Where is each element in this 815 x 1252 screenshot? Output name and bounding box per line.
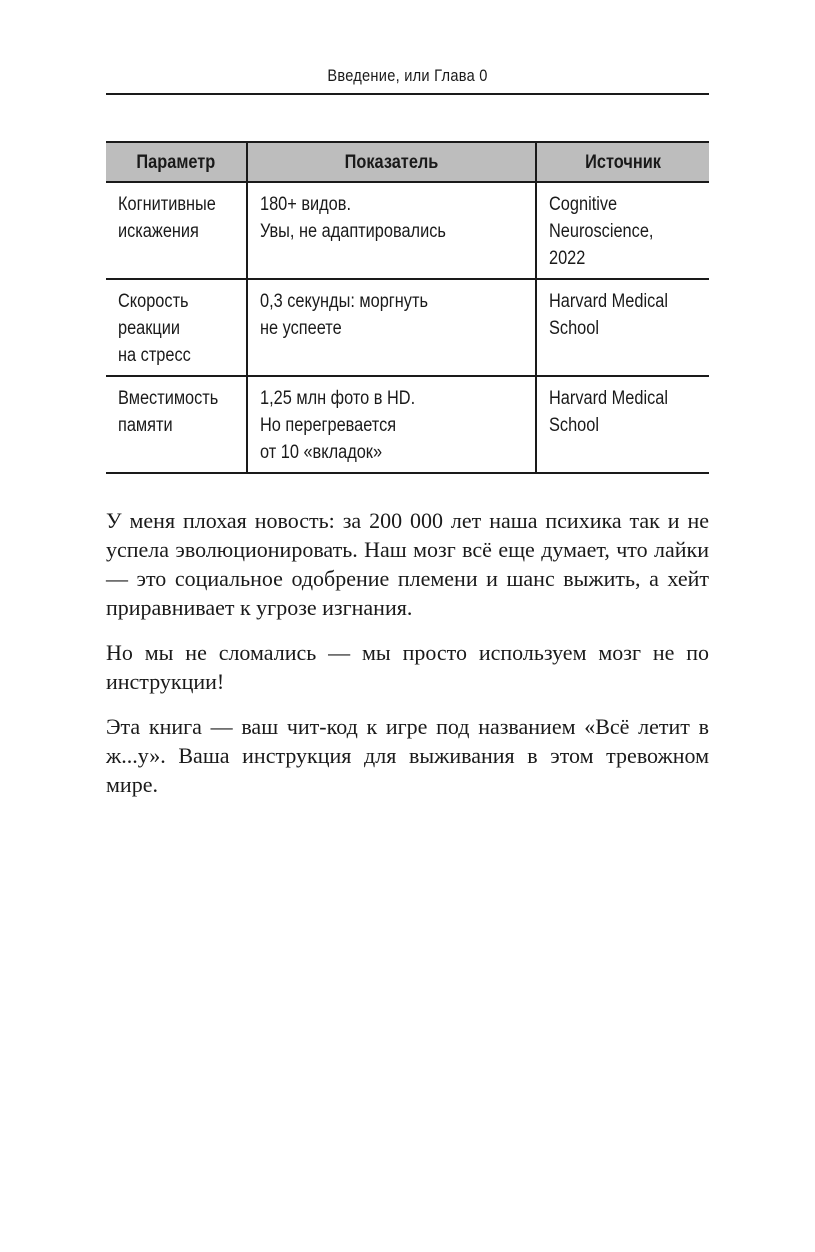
- cell-parameter: Скорость реакции на стресс: [106, 279, 247, 376]
- paragraph: Но мы не сломались — мы просто используе…: [106, 638, 709, 696]
- paragraph: Эта книга — ваш чит-код к игре под назва…: [106, 712, 709, 799]
- column-header-source: Источник: [536, 142, 709, 182]
- cell-text: Harvard Medical School: [549, 385, 668, 439]
- paragraph: У меня плохая новость: за 200 000 лет на…: [106, 506, 709, 622]
- header-rule: [106, 93, 709, 95]
- cell-source: Cognitive Neuroscience, 2022: [536, 182, 709, 279]
- column-header-label: Параметр: [137, 149, 216, 176]
- cell-value: 180+ видов. Увы, не адаптировались: [247, 182, 536, 279]
- cell-text: Когнитивные искажения: [118, 191, 216, 245]
- cell-text: 1,25 млн фото в HD. Но перегревается от …: [260, 385, 415, 466]
- cell-text: 0,3 секунды: моргнуть не успеете: [260, 288, 428, 342]
- cell-source: Harvard Medical School: [536, 279, 709, 376]
- table-header-row: Параметр Показатель Источник: [106, 142, 709, 182]
- column-header-label: Источник: [585, 149, 661, 176]
- column-header-parameter: Параметр: [106, 142, 247, 182]
- table-row: Скорость реакции на стресс 0,3 секунды: …: [106, 279, 709, 376]
- cell-parameter: Когнитивные искажения: [106, 182, 247, 279]
- cell-text: 180+ видов. Увы, не адаптировались: [260, 191, 446, 245]
- column-header-value: Показатель: [247, 142, 536, 182]
- facts-table: Параметр Показатель Источник Когнитивные…: [106, 141, 709, 474]
- cell-text: Скорость реакции на стресс: [118, 288, 191, 369]
- table-row: Когнитивные искажения 180+ видов. Увы, н…: [106, 182, 709, 279]
- cell-parameter: Вместимость памяти: [106, 376, 247, 473]
- cell-value: 0,3 секунды: моргнуть не успеете: [247, 279, 536, 376]
- cell-text: Вместимость памяти: [118, 385, 218, 439]
- table-row: Вместимость памяти 1,25 млн фото в HD. Н…: [106, 376, 709, 473]
- cell-text: Harvard Medical School: [549, 288, 668, 342]
- cell-value: 1,25 млн фото в HD. Но перегревается от …: [247, 376, 536, 473]
- column-header-label: Показатель: [345, 149, 439, 176]
- body-text: У меня плохая новость: за 200 000 лет на…: [106, 506, 709, 815]
- cell-source: Harvard Medical School: [536, 376, 709, 473]
- running-head: Введение, или Глава 0: [148, 66, 667, 86]
- cell-text: Cognitive Neuroscience, 2022: [549, 191, 653, 272]
